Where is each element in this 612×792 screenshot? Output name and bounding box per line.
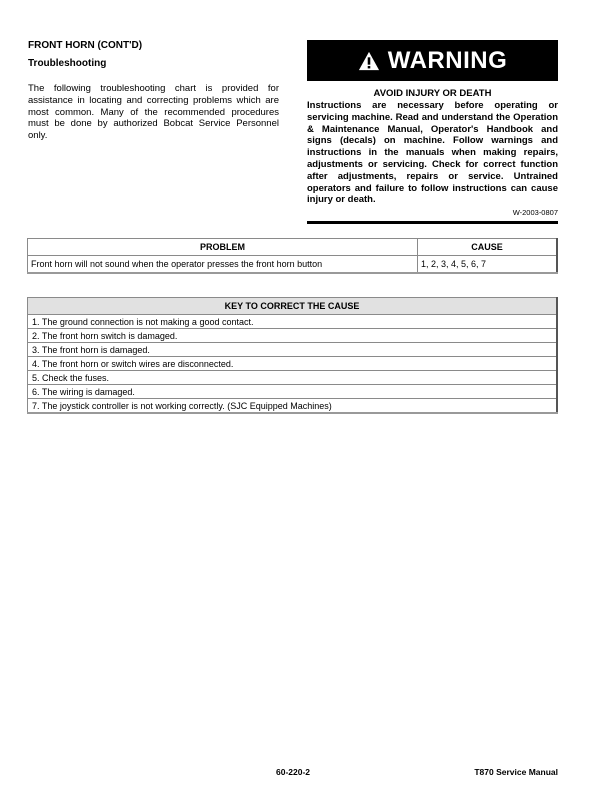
problem-table-header: PROBLEM CAUSE: [28, 239, 558, 256]
section-title: FRONT HORN (CONT'D): [28, 40, 142, 51]
manual-title: T870 Service Manual: [474, 767, 558, 777]
key-item: 3. The front horn is damaged.: [28, 343, 558, 357]
table-row: Front horn will not sound when the opera…: [28, 256, 558, 274]
warning-triangle-icon: [358, 50, 380, 72]
intro-paragraph: The following troubleshooting chart is p…: [28, 83, 279, 142]
key-table: KEY TO CORRECT THE CAUSE 1. The ground c…: [27, 297, 558, 414]
key-item: 7. The joystick controller is not workin…: [28, 399, 558, 414]
subsection-title: Troubleshooting: [28, 58, 106, 69]
warning-heading: AVOID INJURY OR DEATH: [307, 88, 558, 99]
table-row: 3. The front horn is damaged.: [28, 343, 558, 357]
table-row: 4. The front horn or switch wires are di…: [28, 357, 558, 371]
warning-banner: WARNING: [307, 40, 558, 81]
problem-table: PROBLEM CAUSE Front horn will not sound …: [27, 238, 558, 274]
key-item: 1. The ground connection is not making a…: [28, 315, 558, 329]
cause-column-header: CAUSE: [418, 239, 558, 256]
key-table-title: KEY TO CORRECT THE CAUSE: [28, 298, 558, 315]
table-row: 6. The wiring is damaged.: [28, 385, 558, 399]
problem-column-header: PROBLEM: [28, 239, 418, 256]
table-row: 2. The front horn switch is damaged.: [28, 329, 558, 343]
warning-body: Instructions are necessary before operat…: [307, 100, 558, 206]
warning-label: WARNING: [388, 47, 508, 75]
table-row: 1. The ground connection is not making a…: [28, 315, 558, 329]
key-item: 2. The front horn switch is damaged.: [28, 329, 558, 343]
page-number: 60-220-2: [276, 767, 310, 777]
warning-divider: [307, 221, 558, 224]
problem-cell: Front horn will not sound when the opera…: [28, 256, 418, 274]
key-item: 6. The wiring is damaged.: [28, 385, 558, 399]
cause-cell: 1, 2, 3, 4, 5, 6, 7: [418, 256, 558, 274]
key-item: 5. Check the fuses.: [28, 371, 558, 385]
warning-code: W-2003-0807: [307, 208, 558, 218]
key-item: 4. The front horn or switch wires are di…: [28, 357, 558, 371]
warning-box: WARNING AVOID INJURY OR DEATH Instructio…: [307, 40, 558, 224]
table-row: 7. The joystick controller is not workin…: [28, 399, 558, 414]
key-table-header: KEY TO CORRECT THE CAUSE: [28, 298, 558, 315]
table-row: 5. Check the fuses.: [28, 371, 558, 385]
